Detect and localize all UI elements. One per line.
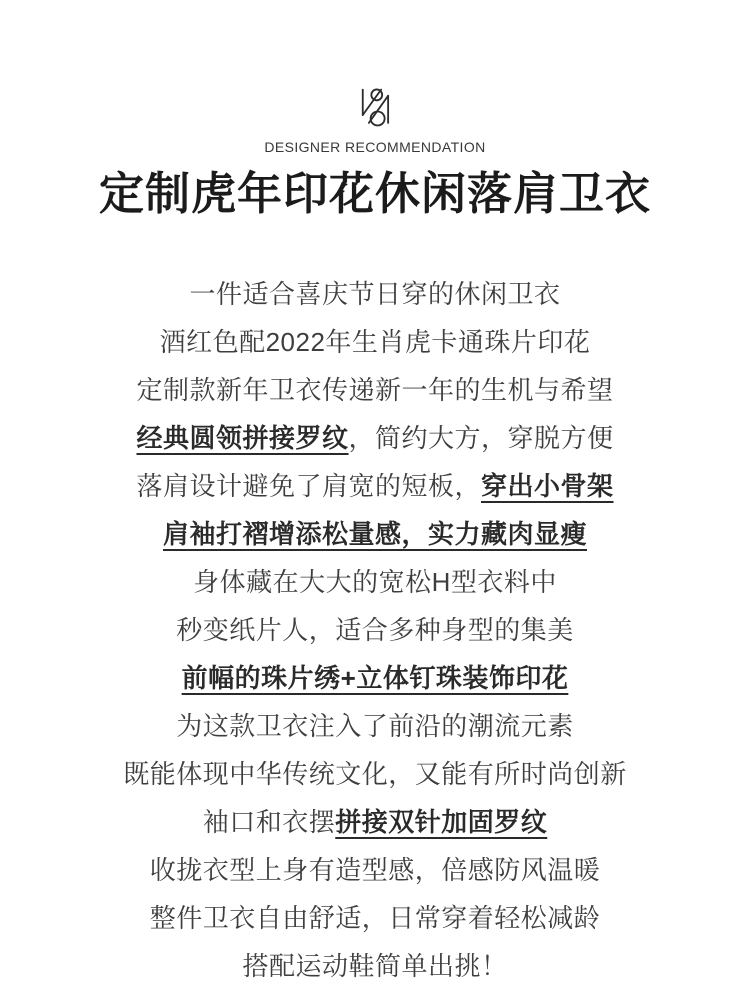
text-segment: 既能体现中华传统文化，又能有所时尚创新: [123, 759, 627, 789]
text-segment: 身体藏在大大的宽松H型衣料中: [193, 567, 557, 597]
description-line: 秒变纸片人，适合多种身型的集美: [0, 606, 750, 654]
text-segment: 秒变纸片人，适合多种身型的集美: [176, 615, 574, 645]
description-line: 既能体现中华传统文化，又能有所时尚创新: [0, 750, 750, 798]
description-line: 定制款新年卫衣传递新一年的生机与希望: [0, 366, 750, 414]
description-line: 肩袖打褶增添松量感，实力藏肉显瘦: [0, 510, 750, 558]
description-text: 一件适合喜庆节日穿的休闲卫衣酒红色配2022年生肖虎卡通珠片印花定制款新年卫衣传…: [0, 270, 750, 989]
description-line: 酒红色配2022年生肖虎卡通珠片印花: [0, 318, 750, 366]
description-line: 搭配运动鞋简单出挑！: [0, 942, 750, 989]
text-segment: 整件卫衣自由舒适，日常穿着轻松减龄: [150, 903, 601, 933]
description-line: 一件适合喜庆节日穿的休闲卫衣: [0, 270, 750, 318]
emphasized-text-segment: 肩袖打褶增添松量感，实力藏肉显瘦: [163, 519, 587, 549]
emphasized-text-segment: 经典圆领拼接罗纹: [136, 423, 348, 453]
emphasized-text-segment: 穿出小骨架: [481, 471, 614, 501]
description-line: 整件卫衣自由舒适，日常穿着轻松减龄: [0, 894, 750, 942]
text-segment: 定制款新年卫衣传递新一年的生机与希望: [136, 375, 613, 405]
brand-tagline: DESIGNER RECOMMENDATION: [264, 139, 485, 155]
text-segment: 为这款卫衣注入了前沿的潮流元素: [176, 711, 574, 741]
description-line: 落肩设计避免了肩宽的短板，穿出小骨架: [0, 462, 750, 510]
emphasized-text-segment: 前幅的珠片绣+立体钉珠装饰印花: [182, 663, 569, 693]
description-line: 袖口和衣摆拼接双针加固罗纹: [0, 798, 750, 846]
product-title: 定制虎年印花休闲落肩卫衣: [99, 168, 651, 220]
emphasized-text-segment: 拼接双针加固罗纹: [335, 807, 547, 837]
text-segment: 一件适合喜庆节日穿的休闲卫衣: [189, 279, 560, 309]
description-line: 为这款卫衣注入了前沿的潮流元素: [0, 702, 750, 750]
product-description-page: DESIGNER RECOMMENDATION 定制虎年印花休闲落肩卫衣 一件适…: [0, 0, 750, 989]
description-line: 收拢衣型上身有造型感，倍感防风温暖: [0, 846, 750, 894]
text-segment: 酒红色配2022年生肖虎卡通珠片印花: [160, 327, 591, 357]
text-segment: 收拢衣型上身有造型感，倍感防风温暖: [150, 855, 601, 885]
description-line: 身体藏在大大的宽松H型衣料中: [0, 558, 750, 606]
text-segment: 落肩设计避免了肩宽的短板，: [136, 471, 481, 501]
brand-logo: [354, 85, 396, 131]
description-line: 经典圆领拼接罗纹，简约大方，穿脱方便: [0, 414, 750, 462]
text-segment: 袖口和衣摆: [203, 807, 336, 837]
description-line: 前幅的珠片绣+立体钉珠装饰印花: [0, 654, 750, 702]
text-segment: ，简约大方，穿脱方便: [349, 423, 614, 453]
text-segment: 搭配运动鞋简单出挑！: [242, 951, 507, 981]
m8-monogram-icon: [354, 85, 396, 131]
